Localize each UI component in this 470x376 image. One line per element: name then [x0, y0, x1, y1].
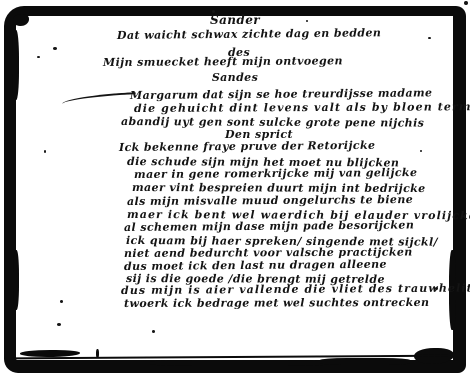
manuscript-line: al schemen mijn dase mijn pade besorijck…	[124, 219, 414, 233]
manuscript-line: Dat waicht schwax zichte dag en bedden	[117, 27, 381, 41]
manuscript-line: dus mijn is aier vallende die vliet des …	[121, 283, 470, 296]
manuscript-line: twoerk ick bedrage met wel suchtes ontre…	[124, 297, 429, 309]
manuscript-line: dus moet ick den last nu dragen alleene	[124, 259, 387, 272]
manuscript-line: die gehuicht dint levens valt als by blo…	[134, 101, 470, 114]
manuscript-line: abandij uyt gen sont sulcke grote pene n…	[121, 116, 424, 129]
manuscript-line: Margarum dat sijn se hoe treurdijsse mad…	[130, 87, 433, 101]
manuscript-heading: Sander	[0, 15, 470, 26]
handwritten-text-block: Sander Dat waicht schwax zichte dag en b…	[0, 0, 470, 376]
manuscript-heading: Den sprict	[24, 129, 470, 140]
manuscript-line: maer in gene romerkrijcke mij van gelijc…	[134, 167, 417, 180]
manuscript-line: Mijn smuecket heeft mijn ontvoegen	[103, 55, 343, 68]
manuscript-line: als mijn misvalle muud ongelurchs te bie…	[127, 194, 413, 207]
manuscript-heading: Sandes	[0, 72, 470, 83]
manuscript-line: Ick bekenne fraye pruve der Retorijcke	[119, 140, 375, 153]
manuscript-scan: Sander Dat waicht schwax zichte dag en b…	[0, 0, 470, 376]
